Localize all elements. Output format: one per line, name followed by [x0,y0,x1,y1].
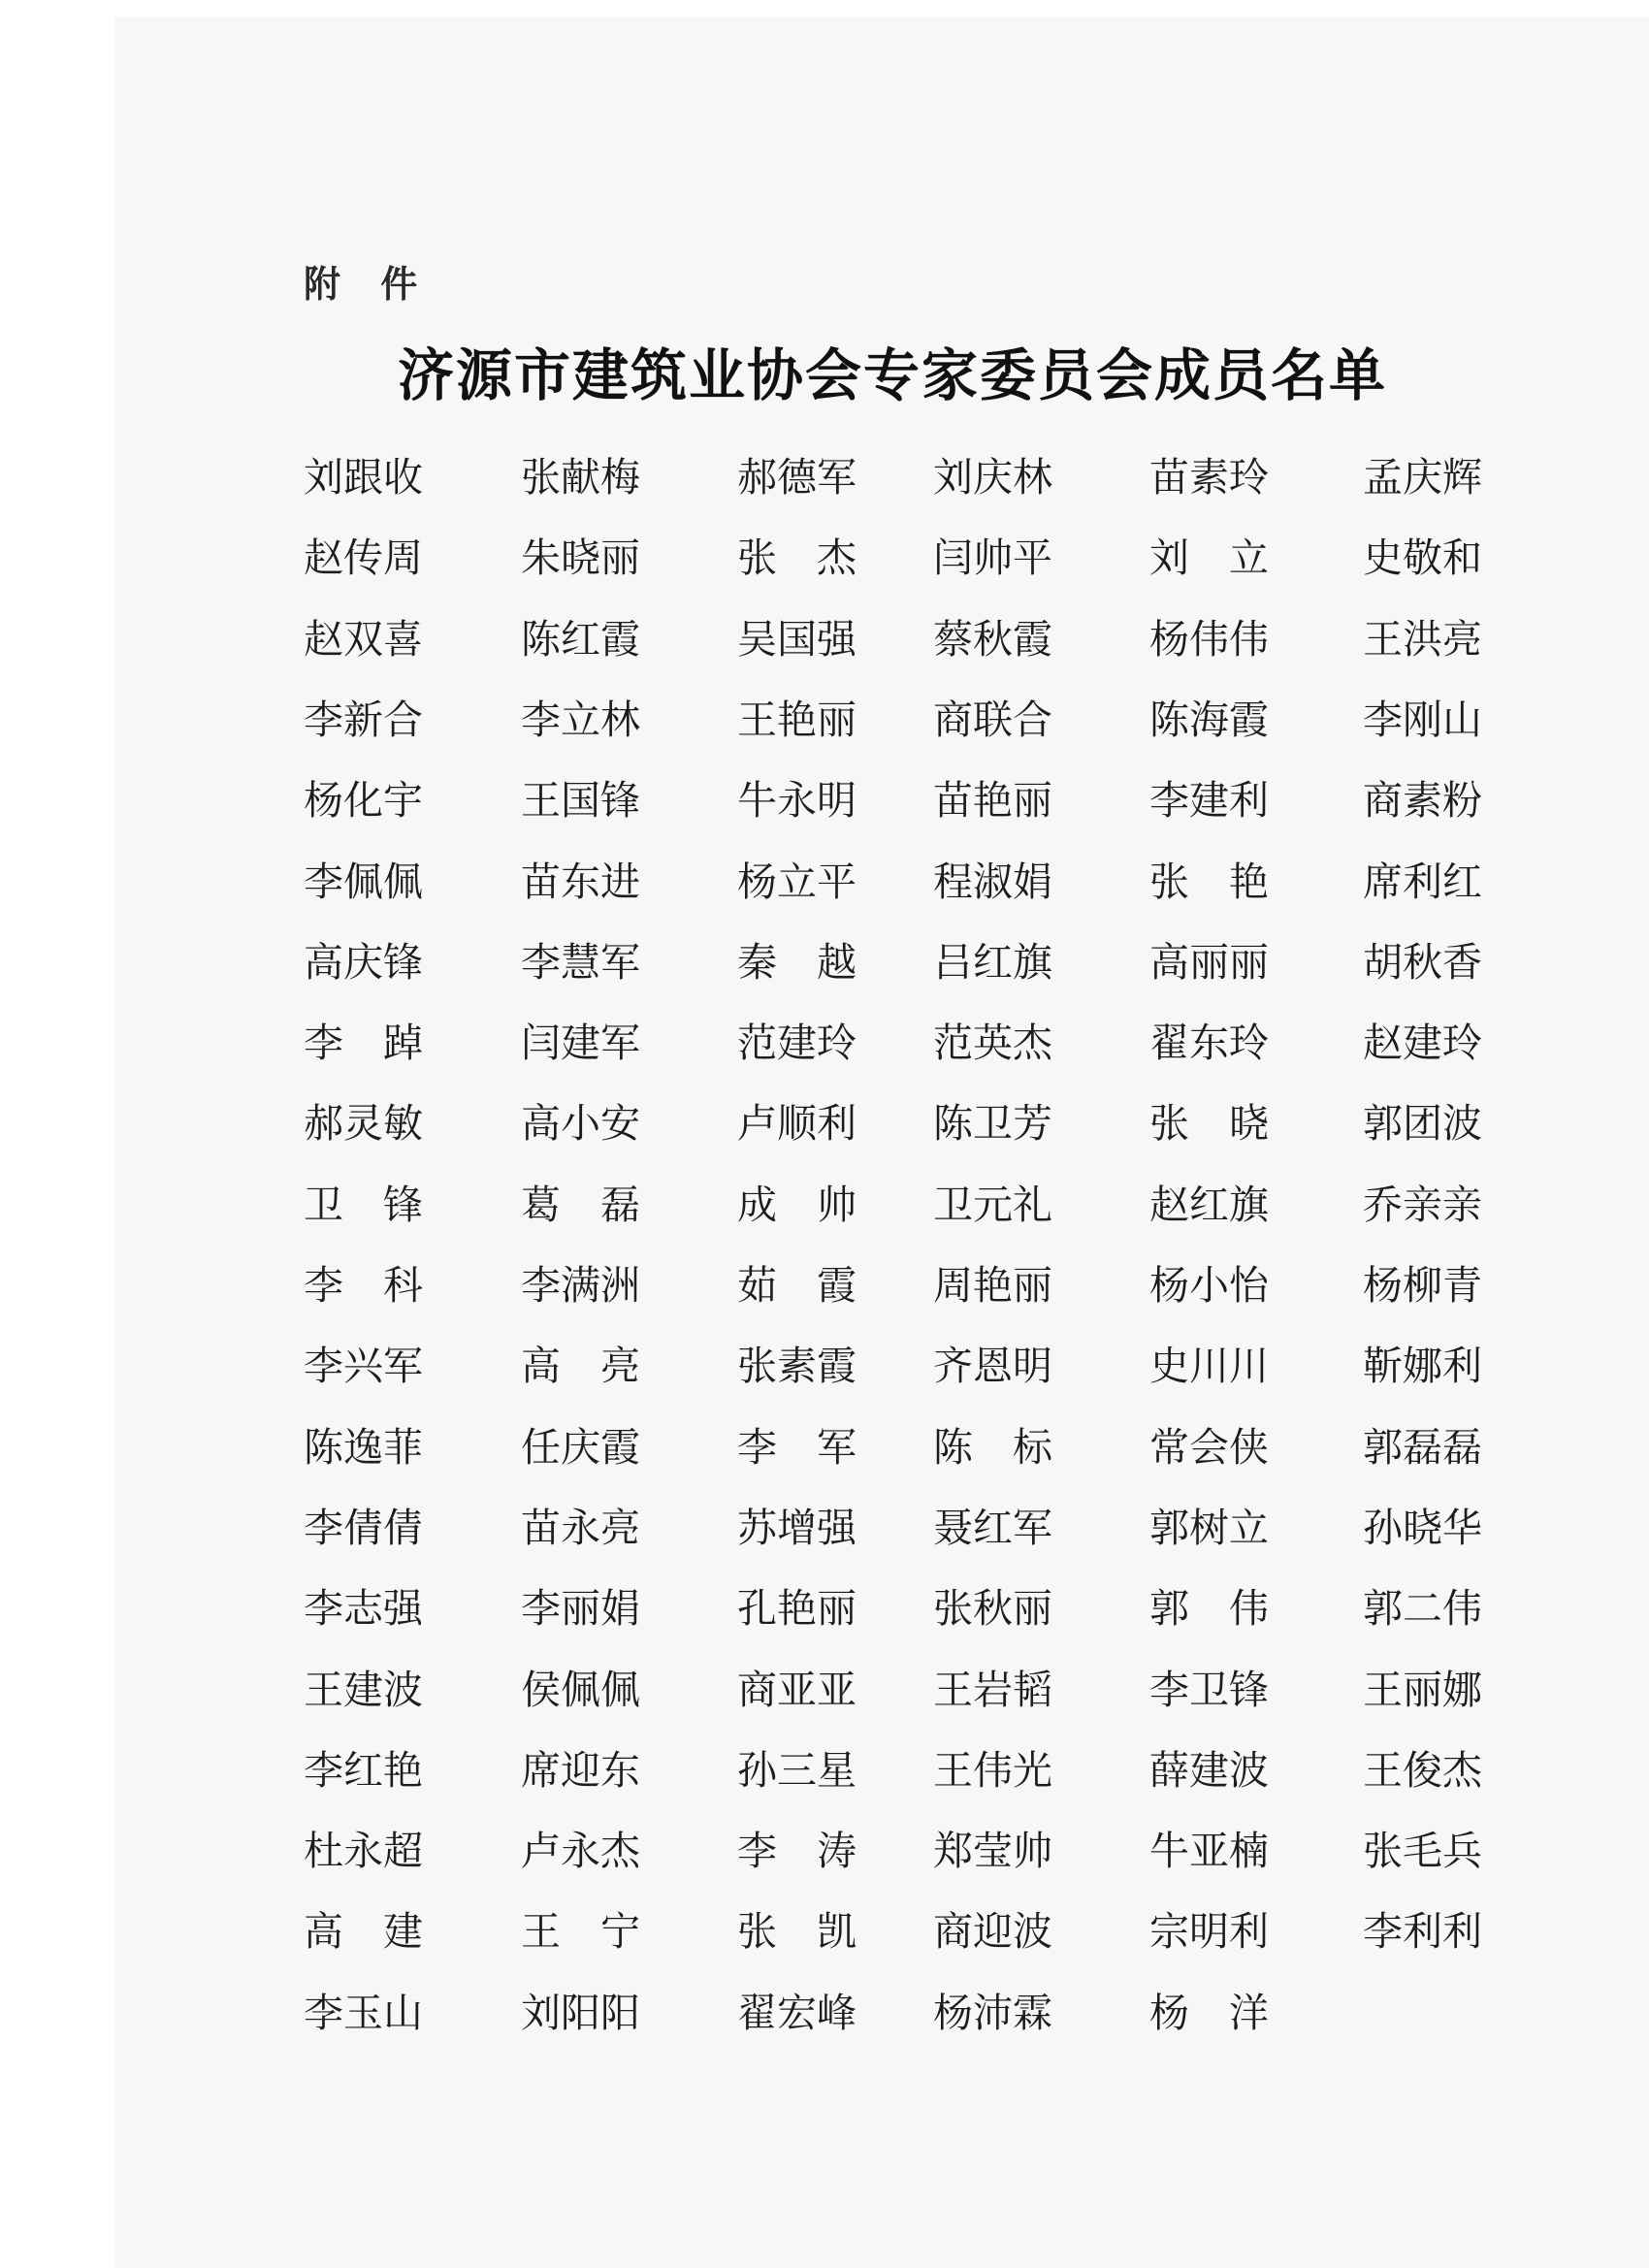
member-name: 商迎波 [933,1902,1052,1960]
member-name: 王洪亮 [1363,610,1482,668]
member-name: 张毛兵 [1363,1822,1482,1880]
member-name: 张 晓 [1149,1094,1269,1152]
member-name: 史敬和 [1363,529,1482,587]
member-name: 苗东进 [521,853,640,911]
member-name: 史川川 [1149,1337,1269,1395]
member-name: 赵红旗 [1149,1176,1269,1234]
page-title: 济源市建筑业协会专家委员会成员名单 [0,330,1649,411]
member-name: 靳娜利 [1363,1337,1482,1395]
member-name: 赵双喜 [304,610,423,668]
member-name: 李红艳 [304,1741,423,1799]
member-name: 吴国强 [737,610,857,668]
member-name: 李 军 [737,1418,857,1476]
member-name: 郭团波 [1363,1094,1482,1152]
member-name: 王岩韬 [933,1661,1052,1719]
member-name: 苗永亮 [521,1499,640,1557]
member-name: 高小安 [521,1094,640,1152]
member-name: 杨柳青 [1363,1256,1482,1314]
member-name: 席利红 [1363,853,1482,911]
member-name: 张 艳 [1149,853,1269,911]
member-name: 杨化宇 [304,771,423,829]
member-name: 李满洲 [521,1256,640,1314]
member-name: 葛 磊 [521,1176,640,1234]
member-name: 苗艳丽 [933,771,1052,829]
member-name: 王建波 [304,1661,423,1719]
member-name: 杜永超 [304,1822,423,1880]
member-name: 程淑娟 [933,853,1052,911]
member-name: 王艳丽 [737,691,857,749]
member-name: 孔艳丽 [737,1579,857,1637]
member-name: 商亚亚 [737,1661,857,1719]
member-name: 陈卫芳 [933,1094,1052,1152]
member-name: 苏增强 [737,1499,857,1557]
member-name: 陈海霞 [1149,691,1269,749]
member-name: 闫帅平 [933,529,1052,587]
member-name: 吕红旗 [933,933,1052,991]
member-name: 刘庆林 [933,448,1052,506]
member-name: 商联合 [933,691,1052,749]
member-name: 牛亚楠 [1149,1822,1269,1880]
member-name: 任庆霞 [521,1418,640,1476]
member-name: 李丽娟 [521,1579,640,1637]
member-name: 闫建军 [521,1014,640,1072]
member-name: 齐恩明 [933,1337,1052,1395]
member-name: 茹 霞 [737,1256,857,1314]
member-name: 郭 伟 [1149,1579,1269,1637]
member-name: 陈红霞 [521,610,640,668]
member-name: 郝德军 [737,448,857,506]
member-name: 成 帅 [737,1176,857,1234]
member-name: 杨小怡 [1149,1256,1269,1314]
member-name: 杨立平 [737,853,857,911]
member-name: 张献梅 [521,448,640,506]
member-name: 蔡秋霞 [933,610,1052,668]
member-name: 刘 立 [1149,529,1269,587]
member-name: 苗素玲 [1149,448,1269,506]
member-name: 杨 洋 [1149,1984,1269,2042]
member-name: 高 亮 [521,1337,640,1395]
member-name: 张 凯 [737,1902,857,1960]
member-name: 牛永明 [737,771,857,829]
member-name: 常会侠 [1149,1418,1269,1476]
member-name: 商素粉 [1363,771,1482,829]
member-name: 卢顺利 [737,1094,857,1152]
member-name: 范建玲 [737,1014,857,1072]
member-name: 侯佩佩 [521,1661,640,1719]
member-name: 郝灵敏 [304,1094,423,1152]
member-name: 陈逸菲 [304,1418,423,1476]
member-name: 朱晓丽 [521,529,640,587]
member-name: 高庆锋 [304,933,423,991]
member-name: 孙晓华 [1363,1499,1482,1557]
member-name: 李慧军 [521,933,640,991]
member-name: 乔亲亲 [1363,1176,1482,1234]
member-name: 李立林 [521,691,640,749]
member-name: 王国锋 [521,771,640,829]
member-name: 席迎东 [521,1741,640,1799]
member-name: 王 宁 [521,1902,640,1960]
member-name: 杨沛霖 [933,1984,1052,2042]
member-name: 胡秋香 [1363,933,1482,991]
member-name: 李新合 [304,691,423,749]
member-name: 郭树立 [1149,1499,1269,1557]
member-name: 张 杰 [737,529,857,587]
member-name: 周艳丽 [933,1256,1052,1314]
member-name: 李佩佩 [304,853,423,911]
member-name: 卫元礼 [933,1176,1052,1234]
member-name: 高 建 [304,1902,423,1960]
member-name: 孙三星 [737,1741,857,1799]
member-name: 李 涛 [737,1822,857,1880]
member-name: 李 踔 [304,1014,423,1072]
member-name: 王伟光 [933,1741,1052,1799]
member-name: 杨伟伟 [1149,610,1269,668]
member-name: 郭磊磊 [1363,1418,1482,1476]
member-name: 张秋丽 [933,1579,1052,1637]
member-name: 陈 标 [933,1418,1052,1476]
member-name: 李志强 [304,1579,423,1637]
member-name: 李 科 [304,1256,423,1314]
member-name: 赵建玲 [1363,1014,1482,1072]
member-name: 郭二伟 [1363,1579,1482,1637]
member-name: 李卫锋 [1149,1661,1269,1719]
member-name: 李建利 [1149,771,1269,829]
member-name: 赵传周 [304,529,423,587]
member-name: 张素霞 [737,1337,857,1395]
member-name: 孟庆辉 [1363,448,1482,506]
member-name: 薛建波 [1149,1741,1269,1799]
member-name: 李玉山 [304,1984,423,2042]
member-name: 卫 锋 [304,1176,423,1234]
member-name: 刘跟收 [304,448,423,506]
member-name: 卢永杰 [521,1822,640,1880]
member-name: 高丽丽 [1149,933,1269,991]
member-name: 翟宏峰 [737,1984,857,2042]
member-name: 李刚山 [1363,691,1482,749]
member-name: 刘阳阳 [521,1984,640,2042]
attachment-label: 附 件 [304,254,431,308]
member-name: 翟东玲 [1149,1014,1269,1072]
member-name: 李兴军 [304,1337,423,1395]
member-name: 宗明利 [1149,1902,1269,1960]
member-name: 秦 越 [737,933,857,991]
member-name: 范英杰 [933,1014,1052,1072]
member-name: 郑莹帅 [933,1822,1052,1880]
member-name: 李倩倩 [304,1499,423,1557]
member-name: 王俊杰 [1363,1741,1482,1799]
member-name: 聂红军 [933,1499,1052,1557]
member-name: 王丽娜 [1363,1661,1482,1719]
member-name: 李利利 [1363,1902,1482,1960]
